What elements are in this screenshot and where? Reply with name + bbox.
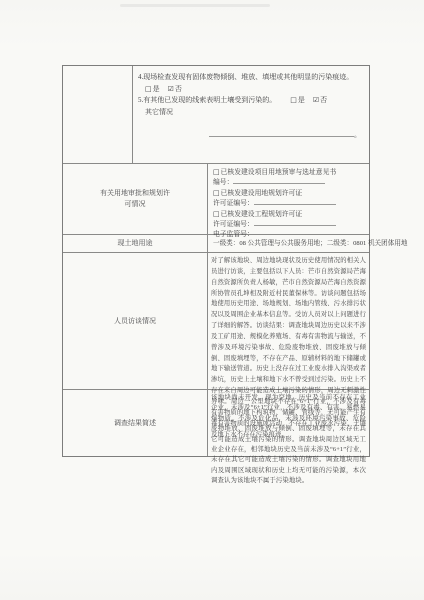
interview-content-cell: 对了解该地块、周边地块现状及历史使用情况的相关人员进行访谈，主要包括以下人员：芒… [208,253,369,389]
number-blank-field[interactable] [233,178,325,184]
summary-content-cell: 该地块尚未开发，现为空地，历史及当前不存在工业企业，未涉及“6+1”行业，不涉及… [208,390,369,456]
other-situation-blank-wrap: 。 [209,130,361,142]
permit-number-blank-field-2[interactable] [254,220,336,226]
approval-option-3: □已核发建设工程规划许可证 [213,209,365,220]
checkbox-unchecked-icon[interactable]: □ [213,167,220,177]
option-yes-label: 是 [153,85,160,93]
row-summary: 调查结果简述 该地块尚未开发，现为空地，历史及当前不存在工业企业，未涉及“6+1… [63,389,369,456]
checkbox-checked-icon[interactable]: ☑ [168,84,174,96]
summary-paragraph: 该地块尚未开发，现为空地，历史及当前不存在工业企业，未涉及“6+1”行业，不涉及… [211,393,366,487]
checkbox-unchecked-icon[interactable]: □ [145,84,152,96]
summary-label: 调查结果简述 [63,390,208,456]
inspection-item-5: 5.有其他已发现的线索表明土壤受到污染的。□是☑否 [138,95,364,107]
scan-artifact [120,4,270,7]
checkbox-unchecked-icon[interactable]: □ [290,95,297,107]
checkbox-checked-icon[interactable]: ☑ [313,95,319,107]
approval-content: □已核发建设项目用地预审与选址意见书 编号： □已核发建设用地规划许可证 许可证… [208,164,369,234]
land-use-label: 现土地用途 [63,235,208,252]
approval-option-2: □已核发建设用地规划许可证 [213,188,365,199]
permit-number-label: 许可证编号： [213,200,254,207]
checkbox-unchecked-icon[interactable]: □ [213,188,220,198]
interview-label: 人员访谈情况 [63,253,208,389]
approval-number-line-2: 许可证编号： [213,199,365,209]
land-use-value: 一级类：08 公共管理与公共服务用地；二级类：0801 机关团体用地 [208,235,412,252]
approval-option-2-text: 已核发建设用地规划许可证 [221,190,303,197]
number-label: 编号： [213,179,233,186]
approval-label: 有关用地审批和规划许可情况 [63,164,208,234]
row-site-inspection: 4.现场检查发现有固体废物倾倒、堆放、填埋或其他明显的污染痕迹。 □是☑否 5.… [63,66,369,163]
approval-option-3-text: 已核发建设工程规划许可证 [221,211,303,218]
approval-option-1-text: 已核发建设项目用地预审与选址意见书 [221,169,337,176]
approval-option-1: □已核发建设项目用地预审与选址意见书 [213,167,365,178]
site-inspection-label-cell [63,66,133,163]
checkbox-unchecked-icon[interactable]: □ [213,209,220,219]
approval-number-line-3: 许可证编号： [213,220,365,230]
other-situation-blank-field[interactable] [209,130,354,137]
site-inspection-content: 4.现场检查发现有固体废物倾倒、堆放、填埋或其他明显的污染痕迹。 □是☑否 5.… [133,66,369,163]
permit-number-label-2: 许可证编号： [213,221,254,228]
option-yes-label: 是 [298,96,305,104]
inspection-item-4-answers: □是☑否 [138,84,364,96]
row-current-land-use: 现土地用途 一级类：08 公共管理与公共服务用地；二级类：0801 机关团体用地 [63,234,369,252]
inspection-item-5-answers: □是☑否 [290,95,327,107]
scanned-page-background: 4.现场检查发现有固体废物倾倒、堆放、填埋或其他明显的污染痕迹。 □是☑否 5.… [0,0,424,600]
row-interview: 人员访谈情况 对了解该地块、周边地块现状及历史使用情况的相关人员进行访谈，主要包… [63,252,369,389]
blank-end-punctuation: 。 [354,131,361,139]
inspection-item-5-text: 5.有其他已发现的线索表明土壤受到污染的。 [138,96,276,104]
approval-number-line-1: 编号： [213,178,365,188]
option-no-label: 否 [175,85,182,93]
inspection-item-4: 4.现场检查发现有固体废物倾倒、堆放、填埋或其他明显的污染痕迹。 [138,72,364,84]
other-situation-label: 其它情况 [138,107,364,119]
permit-number-blank-field[interactable] [254,199,336,205]
survey-form-table: 4.现场检查发现有固体废物倾倒、堆放、填埋或其他明显的污染痕迹。 □是☑否 5.… [62,65,370,457]
option-no-label: 否 [320,96,327,104]
row-approval-permits: 有关用地审批和规划许可情况 □已核发建设项目用地预审与选址意见书 编号： □已核… [63,163,369,234]
